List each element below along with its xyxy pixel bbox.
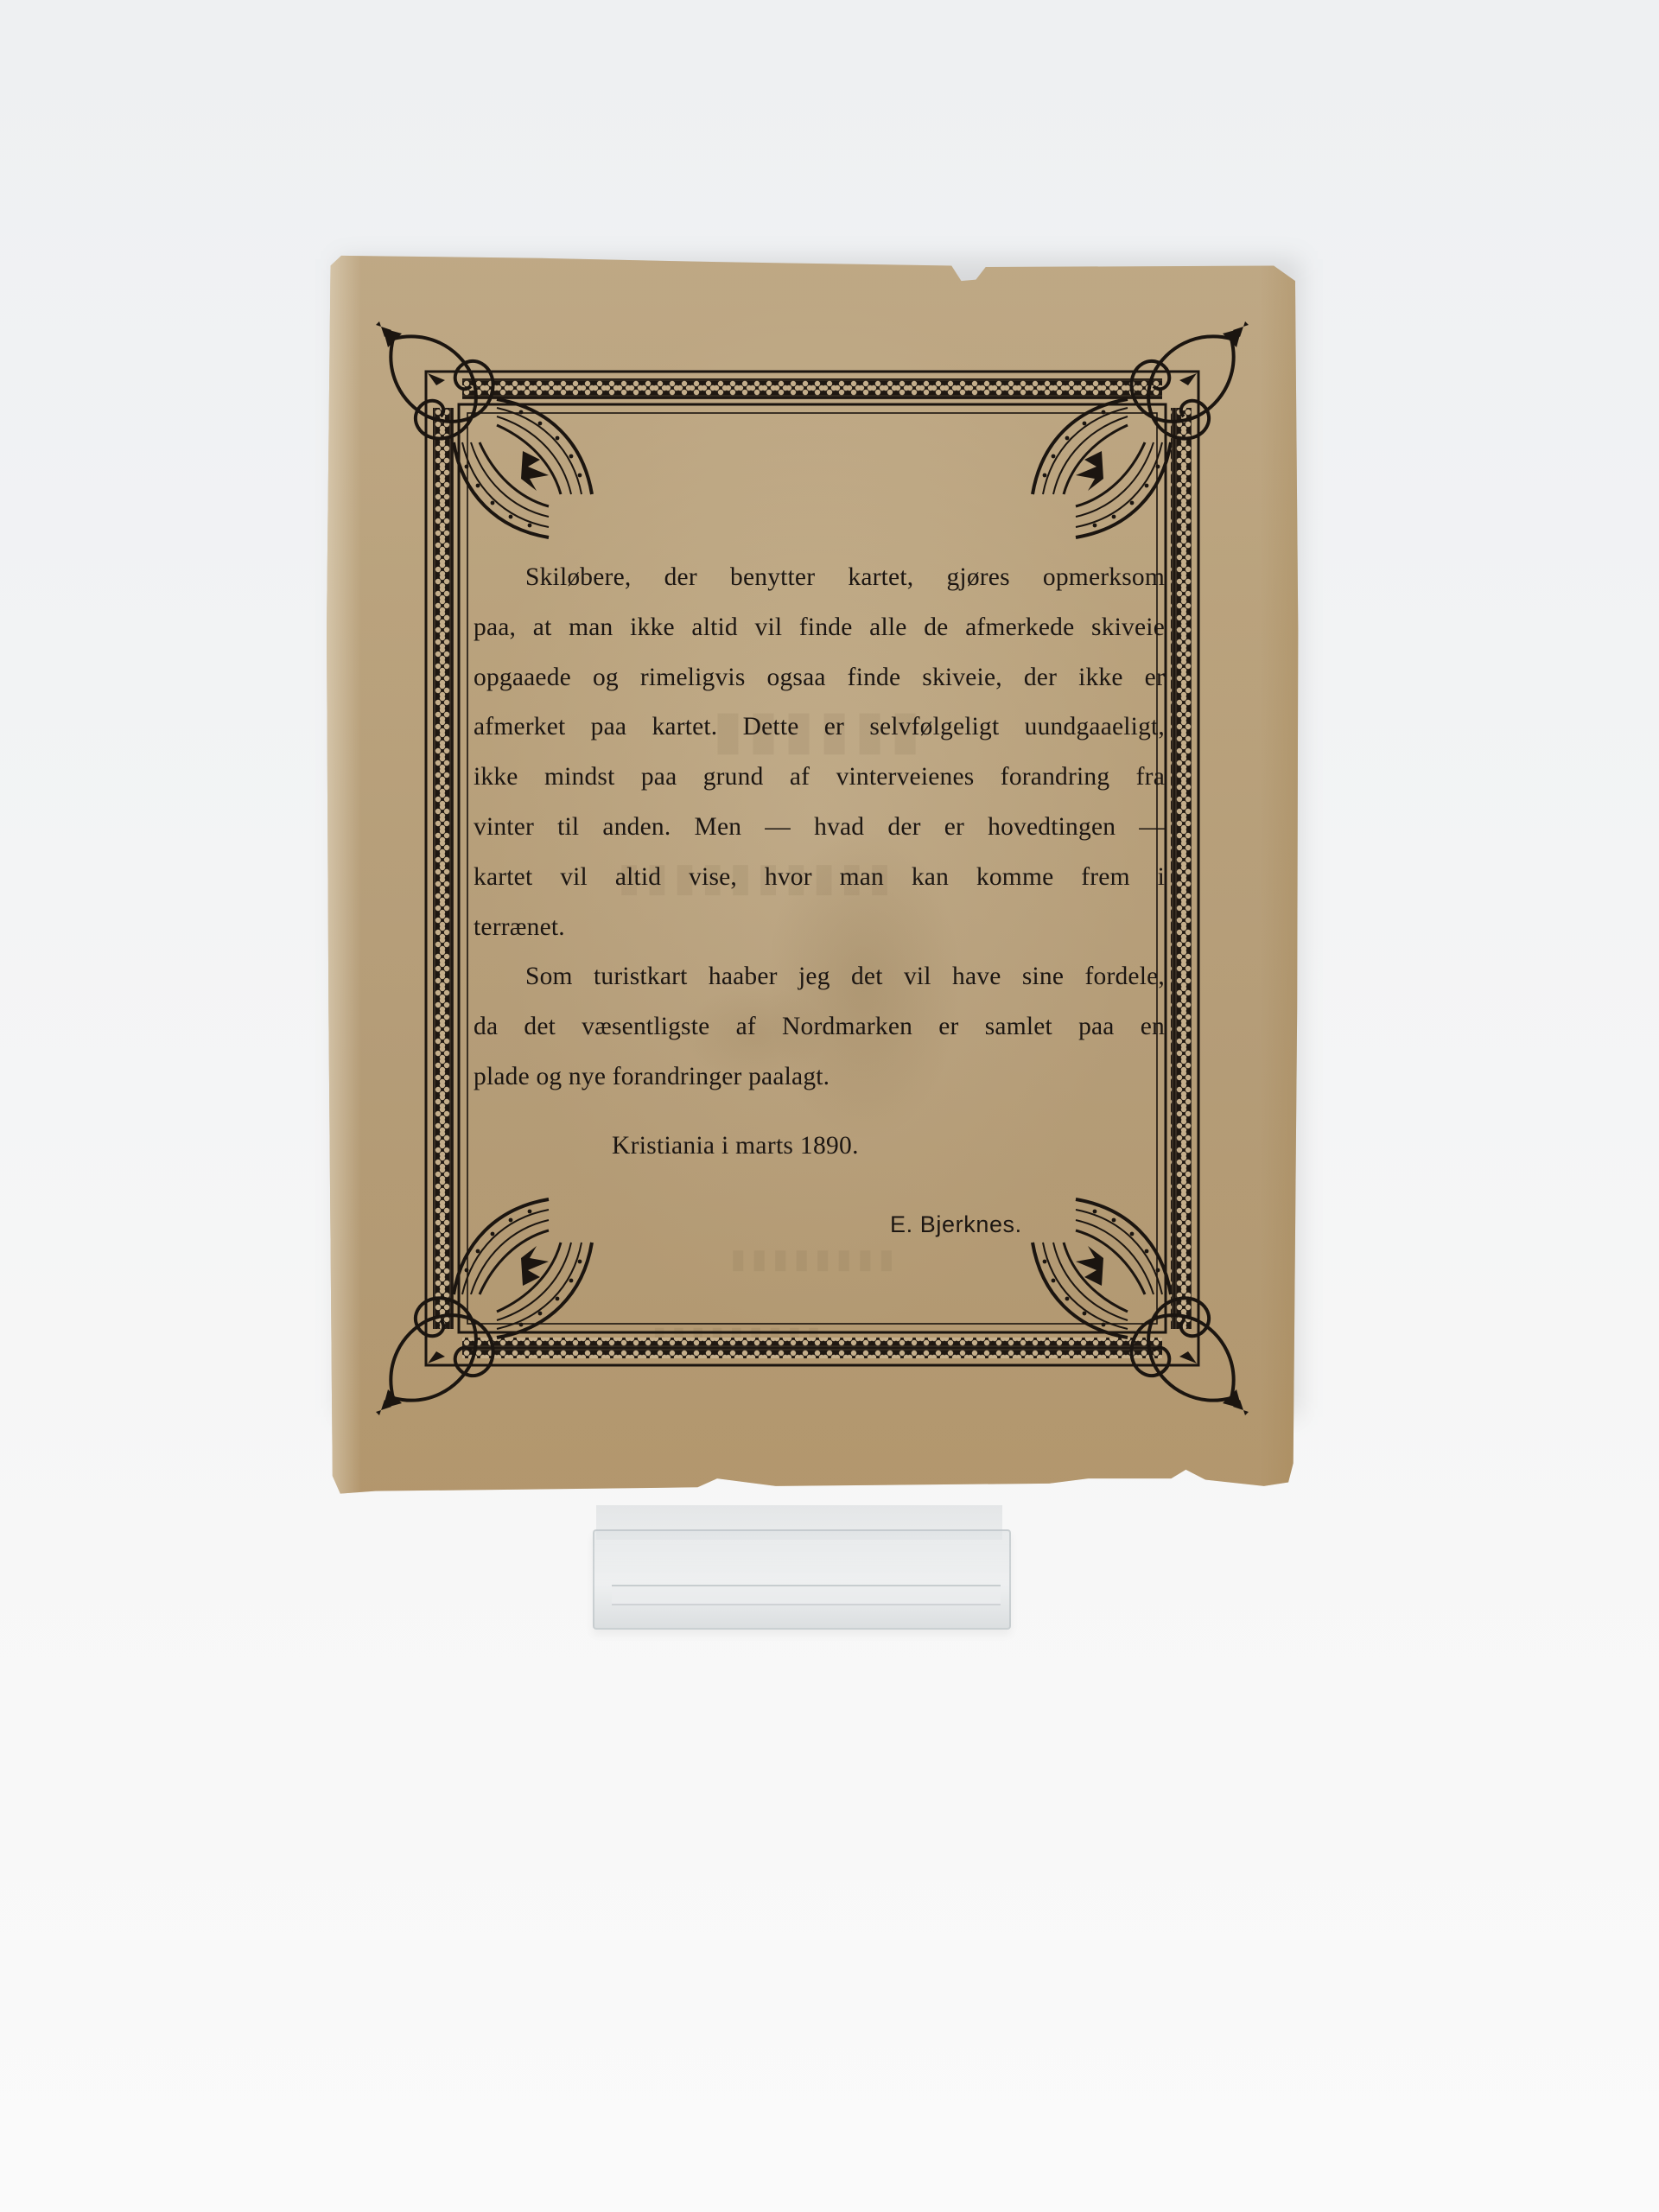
acrylic-stand [593, 1529, 1011, 1630]
text-line: da det væsentligste af Nordmarken er sam… [474, 1002, 1165, 1052]
text-line: vinter til anden. Men — hvad der er hove… [474, 803, 1165, 853]
dateline: Kristiania i marts 1890. [612, 1132, 859, 1160]
text-line: Som turistkart haaber jeg det vil have s… [474, 952, 1165, 1002]
text-line: Skiløbere, der benytter kartet, gjøres o… [474, 553, 1165, 603]
text-line: ikke mindst paa grund af vinterveienes f… [474, 753, 1165, 803]
text-line: afmerket paa kartet. Dette er selvfølgel… [474, 702, 1165, 753]
text-line: kartet vil altid vise, hvor man kan komm… [474, 853, 1165, 903]
text-line: paa, at man ikke altid vil finde alle de… [474, 603, 1165, 653]
text-line: terrænet. [474, 903, 1165, 953]
text-line: opgaaede og rimeligvis ogsaa finde skive… [474, 653, 1165, 703]
paragraph-2: Som turistkart haaber jeg det vil have s… [474, 952, 1165, 1102]
paragraph-1: Skiløbere, der benytter kartet, gjøres o… [474, 553, 1165, 952]
notice-text: Skiløbere, der benytter kartet, gjøres o… [474, 553, 1165, 1103]
text-line: plade og nye forandringer paalagt. [474, 1052, 1165, 1103]
signature: E. Bjerknes. [890, 1211, 1022, 1238]
